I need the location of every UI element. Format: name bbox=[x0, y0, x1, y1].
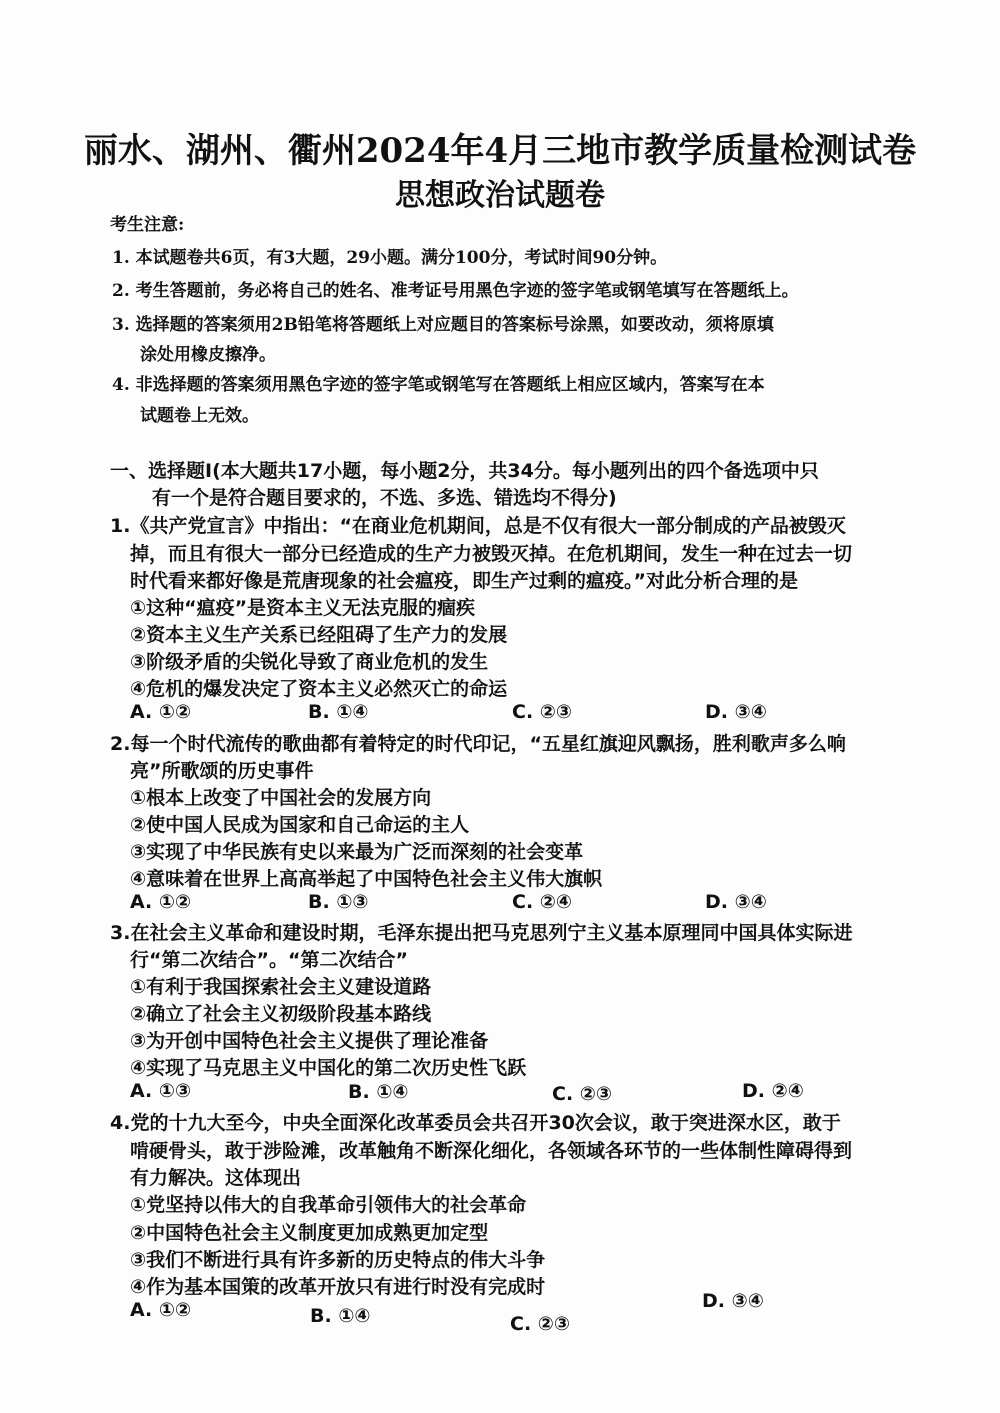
q1-option-d: D. ③④ bbox=[705, 701, 767, 723]
q1-statement-2: ②资本主义生产关系已经阻碍了生产力的发展 bbox=[130, 620, 507, 647]
notice-item-2: 2. 考生答题前，务必将自己的姓名、准考证号用黑色字迹的签字笔或钢笔填写在答题纸… bbox=[112, 276, 799, 301]
q2-statement-1: ①根本上改变了中国社会的发展方向 bbox=[130, 783, 431, 810]
exam-title: 丽水、湖州、衢州2024年4月三地市教学质量检测试卷 bbox=[0, 123, 1000, 172]
notice-item-3-cont: 涂处用橡皮擦净。 bbox=[140, 340, 276, 365]
q1-statement-4: ④危机的爆发决定了资本主义必然灭亡的命运 bbox=[130, 674, 507, 701]
q4-option-c: C. ②③ bbox=[510, 1313, 570, 1335]
q2-statement-3: ③实现了中华民族有史以来最为广泛而深刻的社会变革 bbox=[130, 837, 583, 864]
section-heading-cont: 有一个是符合题目要求的，不选、多选、错选均不得分) bbox=[152, 483, 617, 510]
q4-option-b: B. ①④ bbox=[310, 1305, 371, 1327]
q3-stem-line-2: 行“第二次结合”。“第二次结合” bbox=[130, 945, 408, 972]
q4-option-a: A. ①② bbox=[130, 1299, 191, 1321]
q2-option-a: A. ①② bbox=[130, 891, 191, 913]
q3-option-b: B. ①④ bbox=[348, 1081, 409, 1103]
q3-statement-2: ②确立了社会主义初级阶段基本路线 bbox=[130, 999, 431, 1026]
notice-heading: 考生注意: bbox=[110, 210, 184, 235]
q2-option-d: D. ③④ bbox=[705, 891, 767, 913]
q2-option-b: B. ①③ bbox=[308, 891, 369, 913]
notice-item-4: 4. 非选择题的答案须用黑色字迹的签字笔或钢笔写在答题纸上相应区域内，答案写在本 bbox=[112, 370, 765, 395]
q4-stem-line-3: 有力解决。这体现出 bbox=[130, 1163, 301, 1190]
q2-statement-4: ④意味着在世界上高高举起了中国特色社会主义伟大旗帜 bbox=[130, 864, 602, 891]
q3-option-c: C. ②③ bbox=[552, 1083, 612, 1105]
q4-stem-line-2: 啃硬骨头，敢于涉险滩，改革触角不断深化细化，各领域各环节的一些体制性障碍得到 bbox=[130, 1136, 852, 1163]
exam-subtitle: 思想政治试题卷 bbox=[0, 170, 1000, 214]
notice-item-1: 1. 本试题卷共6页，有3大题，29小题。满分100分，考试时间90分钟。 bbox=[112, 243, 667, 268]
q2-statement-2: ②使中国人民成为国家和自己命运的主人 bbox=[130, 810, 469, 837]
q3-statement-4: ④实现了马克思主义中国化的第二次历史性飞跃 bbox=[130, 1053, 526, 1080]
q3-statement-3: ③为开创中国特色社会主义提供了理论准备 bbox=[130, 1026, 488, 1053]
q1-stem-line-2: 掉，而且有很大一部分已经造成的生产力被毁灭掉。在危机期间，发生一种在过去一切 bbox=[130, 539, 852, 566]
q1-statement-3: ③阶级矛盾的尖锐化导致了商业危机的发生 bbox=[130, 647, 488, 674]
q4-statement-4: ④作为基本国策的改革开放只有进行时没有完成时 bbox=[130, 1272, 545, 1299]
q2-stem-line-2: 亮”所歌颂的历史事件 bbox=[130, 756, 314, 783]
q3-option-a: A. ①③ bbox=[130, 1080, 191, 1102]
q2-stem-line-1: 2.每一个时代流传的歌曲都有着特定的时代印记，“五星红旗迎风飘扬，胜利歌声多么响 bbox=[110, 729, 846, 756]
q3-stem-line-1: 3.在社会主义革命和建设时期，毛泽东提出把马克思列宁主义基本原理同中国具体实际进 bbox=[110, 918, 852, 945]
q4-statement-3: ③我们不断进行具有许多新的历史特点的伟大斗争 bbox=[130, 1245, 545, 1272]
q1-stem-line-3: 时代看来都好像是荒唐现象的社会瘟疫，即生产过剩的瘟疫。”对此分析合理的是 bbox=[130, 566, 798, 593]
q3-statement-1: ①有利于我国探索社会主义建设道路 bbox=[130, 972, 431, 999]
q4-option-d: D. ③④ bbox=[702, 1290, 764, 1312]
q3-option-d: D. ②④ bbox=[742, 1080, 804, 1102]
q1-option-a: A. ①② bbox=[130, 701, 191, 723]
notice-item-4-cont: 试题卷上无效。 bbox=[140, 401, 259, 426]
q1-statement-1: ①这种“瘟疫”是资本主义无法克服的痼疾 bbox=[130, 593, 475, 620]
q2-option-c: C. ②④ bbox=[512, 891, 572, 913]
q1-option-b: B. ①④ bbox=[308, 701, 369, 723]
q1-stem-line-1: 1.《共产党宣言》中指出：“在商业危机期间，总是不仅有很大一部分制成的产品被毁灭 bbox=[110, 511, 846, 538]
q4-statement-2: ②中国特色社会主义制度更加成熟更加定型 bbox=[130, 1218, 488, 1245]
q1-option-c: C. ②③ bbox=[512, 701, 572, 723]
exam-page: 丽水、湖州、衢州2024年4月三地市教学质量检测试卷 思想政治试题卷 考生注意:… bbox=[0, 0, 1000, 1413]
q4-statement-1: ①党坚持以伟大的自我革命引领伟大的社会革命 bbox=[130, 1190, 526, 1217]
section-heading: 一、选择题Ⅰ(本大题共17小题，每小题2分，共34分。每小题列出的四个备选项中只 bbox=[110, 456, 819, 483]
notice-item-3: 3. 选择题的答案须用2B铅笔将答题纸上对应题目的答案标号涂黑，如要改动，须将原… bbox=[112, 310, 774, 335]
q4-stem-line-1: 4.党的十九大至今，中央全面深化改革委员会共召开30次会议，敢于突进深水区，敢于 bbox=[110, 1108, 841, 1135]
